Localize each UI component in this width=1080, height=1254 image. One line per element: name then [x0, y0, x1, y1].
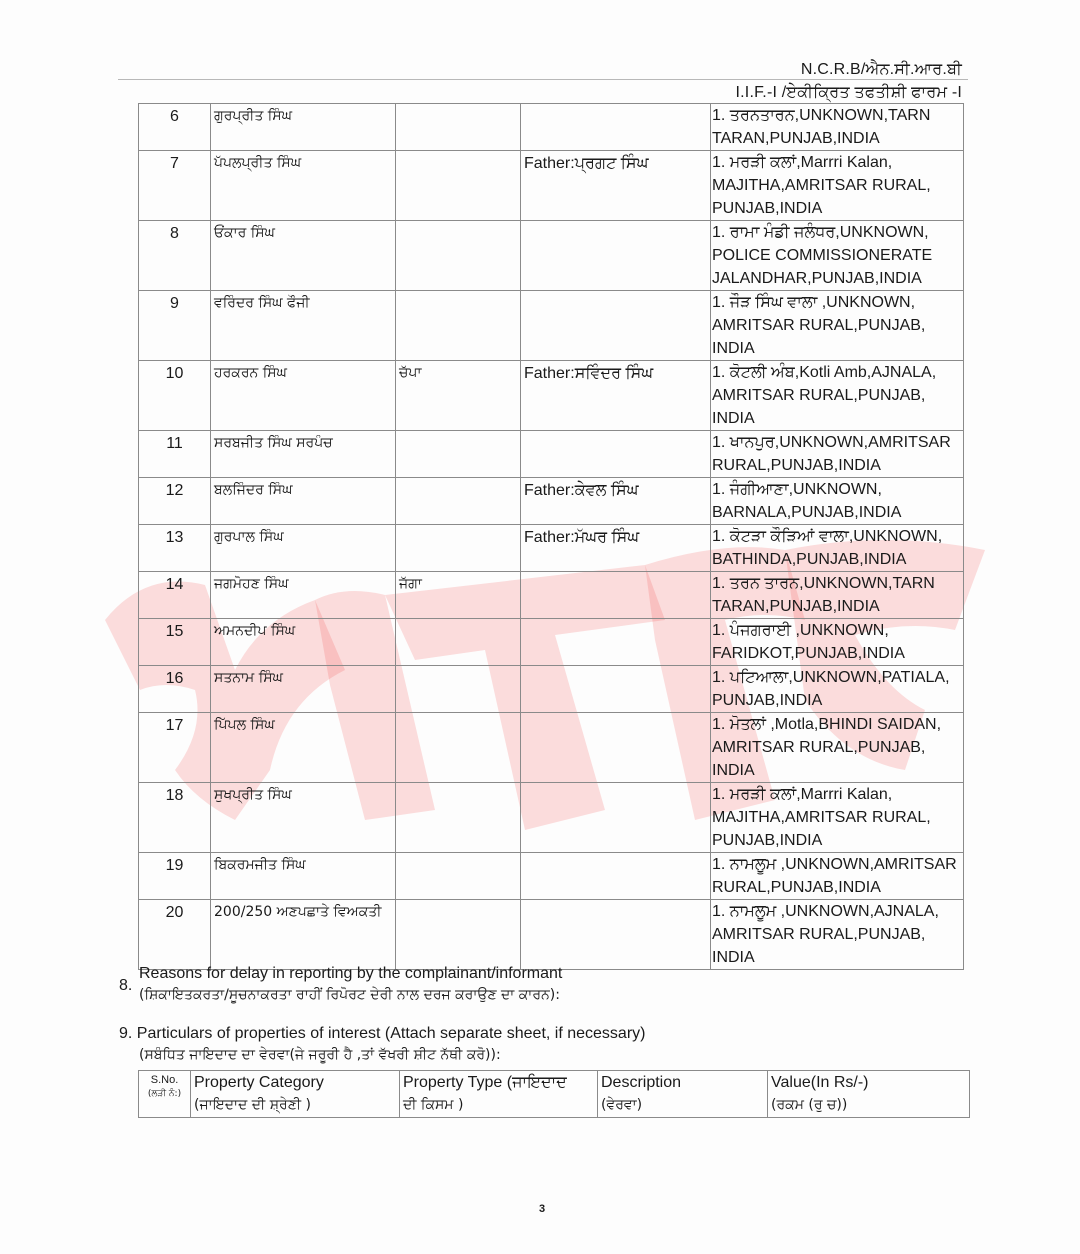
- col-category-en: Property Category: [194, 1074, 324, 1091]
- address-line: 1. ਰਾਮਾ ਮੰਡੀ ਜਲੰਧਰ,UNKNOWN,: [712, 221, 963, 244]
- section-8-title: Reasons for delay in reporting by the co…: [139, 965, 562, 983]
- address-line: INDIA: [712, 759, 963, 782]
- table-row: 9ਵਰਿੰਦਰ ਸਿੰਘ ਫੌਜੀ1. ਜੌੜ ਸਿੰਘ ਵਾਲਾ ,UNKNO…: [139, 291, 964, 361]
- accused-alias: [396, 666, 521, 713]
- address-line: AMRITSAR RURAL,PUNJAB,: [712, 923, 963, 946]
- address-line: BATHINDA,PUNJAB,INDIA: [712, 548, 963, 571]
- serial-number: 11: [139, 431, 211, 478]
- accused-alias: [396, 221, 521, 291]
- header-divider: [118, 79, 968, 80]
- address-line: 1. ਜੰਗੀਆਣਾ,UNKNOWN,: [712, 478, 963, 501]
- accused-name: ਪਿੱਪਲ ਸਿੰਘ: [211, 713, 396, 783]
- accused-relative: [521, 291, 711, 361]
- accused-alias: [396, 783, 521, 853]
- accused-relative: [521, 221, 711, 291]
- address-line: 1. ਕੋਟਲੀ ਅੰਬ,Kotli Amb,AJNALA,: [712, 361, 963, 384]
- address-line: RURAL,PUNJAB,INDIA: [712, 876, 963, 899]
- accused-name: ਸਤਨਾਮ ਸਿੰਘ: [211, 666, 396, 713]
- address-line: AMRITSAR RURAL,PUNJAB,: [712, 384, 963, 407]
- serial-number: 16: [139, 666, 211, 713]
- col-value-pa: (ਰਕਮ (ਰੁ ਚ)): [771, 1097, 847, 1113]
- accused-relative: Father:ਮੱਘਰ ਸਿੰਘ: [521, 525, 711, 572]
- accused-name: ਗੁਰਪਾਲ ਸਿੰਘ: [211, 525, 396, 572]
- table-row: 6ਗੁਰਪ੍ਰੀਤ ਸਿੰਘ1. ਤਰਨਤਾਰਨ,UNKNOWN,TARNTAR…: [139, 104, 964, 151]
- accused-table: 6ਗੁਰਪ੍ਰੀਤ ਸਿੰਘ1. ਤਰਨਤਾਰਨ,UNKNOWN,TARNTAR…: [138, 103, 964, 970]
- serial-number: 19: [139, 853, 211, 900]
- section-8-title-punjabi: (ਸ਼ਿਕਾਇਤਕਰਤਾ/ਸੂਚਨਾਕਰਤਾ ਰਾਹੀਂ ਰਿਪੋਰਟ ਦੇਰੀ…: [139, 987, 560, 1003]
- accused-address: 1. ਰਾਮਾ ਮੰਡੀ ਜਲੰਧਰ,UNKNOWN,POLICE COMMIS…: [711, 221, 964, 291]
- address-line: PUNJAB,INDIA: [712, 689, 963, 712]
- table-row: 12ਬਲਜਿੰਦਰ ਸਿੰਘFather:ਕੇਵਲ ਸਿੰਘ1. ਜੰਗੀਆਣਾ…: [139, 478, 964, 525]
- table-row: 17ਪਿੱਪਲ ਸਿੰਘ1. ਮੋਤਲਾਂ ,Motla,BHINDI SAID…: [139, 713, 964, 783]
- table-row: 13ਗੁਰਪਾਲ ਸਿੰਘFather:ਮੱਘਰ ਸਿੰਘ1. ਕੋਟੜਾ ਕੌ…: [139, 525, 964, 572]
- serial-number: 15: [139, 619, 211, 666]
- table-row: 8ਓਂਕਾਰ ਸਿੰਘ1. ਰਾਮਾ ਮੰਡੀ ਜਲੰਧਰ,UNKNOWN,PO…: [139, 221, 964, 291]
- accused-name: ਗੁਰਪ੍ਰੀਤ ਸਿੰਘ: [211, 104, 396, 151]
- address-line: MAJITHA,AMRITSAR RURAL,: [712, 174, 963, 197]
- serial-number: 12: [139, 478, 211, 525]
- property-table: S.No. (ਲੜੀ ਨੰ:) Property Category (ਜਾਇਦਾ…: [138, 1070, 970, 1118]
- accused-relative: [521, 104, 711, 151]
- address-line: BARNALA,PUNJAB,INDIA: [712, 501, 963, 524]
- accused-alias: [396, 713, 521, 783]
- accused-address: 1. ਮਰੜੀ ਕਲਾਂ,Marrri Kalan,MAJITHA,AMRITS…: [711, 151, 964, 221]
- address-line: POLICE COMMISSIONERATE: [712, 244, 963, 267]
- address-line: 1. ਕੋਟੜਾ ਕੌੜਿਆਂ ਵਾਲਾ,UNKNOWN,: [712, 525, 963, 548]
- serial-number: 6: [139, 104, 211, 151]
- form-title: I.I.F.-I /ਏਕੀਕ੍ਰਿਤ ਤਫਤੀਸ਼ੀ ਫਾਰਮ -I: [736, 84, 962, 102]
- col-property-category: Property Category (ਜਾਇਦਾਦ ਦੀ ਸ਼੍ਰੇਣੀ ): [191, 1071, 400, 1118]
- accused-address: 1. ਮੋਤਲਾਂ ,Motla,BHINDI SAIDAN,AMRITSAR …: [711, 713, 964, 783]
- accused-alias: [396, 900, 521, 970]
- page-number: 3: [539, 1203, 545, 1215]
- accused-relative: Father:ਕੇਵਲ ਸਿੰਘ: [521, 478, 711, 525]
- table-row: 11ਸਰਬਜੀਤ ਸਿੰਘ ਸਰਪੰਚ1. ਖਾਨਪੁਰ,UNKNOWN,AMR…: [139, 431, 964, 478]
- address-line: 1. ਮਰੜੀ ਕਲਾਂ,Marrri Kalan,: [712, 151, 963, 174]
- serial-number: 14: [139, 572, 211, 619]
- serial-number: 18: [139, 783, 211, 853]
- address-line: RURAL,PUNJAB,INDIA: [712, 454, 963, 477]
- address-line: FARIDKOT,PUNJAB,INDIA: [712, 642, 963, 665]
- address-line: 1. ਤਰਨ ਤਾਰਨ,UNKNOWN,TARN: [712, 572, 963, 595]
- address-line: 1. ਪੰਜਗਰਾਈ ,UNKNOWN,: [712, 619, 963, 642]
- address-line: AMRITSAR RURAL,PUNJAB,: [712, 314, 963, 337]
- col-description: Description (ਵੇਰਵਾ): [598, 1071, 768, 1118]
- serial-number: 13: [139, 525, 211, 572]
- accused-address: 1. ਕੋਟੜਾ ਕੌੜਿਆਂ ਵਾਲਾ,UNKNOWN,BATHINDA,PU…: [711, 525, 964, 572]
- accused-address: 1. ਨਾਮਲੂਮ ,UNKNOWN,AMRITSARRURAL,PUNJAB,…: [711, 853, 964, 900]
- accused-alias: ਜੱਗਾ: [396, 572, 521, 619]
- accused-relative: [521, 713, 711, 783]
- accused-address: 1. ਜੌੜ ਸਿੰਘ ਵਾਲਾ ,UNKNOWN,AMRITSAR RURAL…: [711, 291, 964, 361]
- accused-alias: [396, 853, 521, 900]
- serial-number: 10: [139, 361, 211, 431]
- serial-number: 8: [139, 221, 211, 291]
- address-line: INDIA: [712, 337, 963, 360]
- accused-address: 1. ਪਟਿਆਲਾ,UNKNOWN,PATIALA,PUNJAB,INDIA: [711, 666, 964, 713]
- accused-alias: [396, 525, 521, 572]
- address-line: INDIA: [712, 946, 963, 969]
- col-description-en: Description: [601, 1074, 681, 1091]
- table-row: 19ਬਿਕਰਮਜੀਤ ਸਿੰਘ1. ਨਾਮਲੂਮ ,UNKNOWN,AMRITS…: [139, 853, 964, 900]
- accused-relative: [521, 853, 711, 900]
- serial-number: 17: [139, 713, 211, 783]
- col-value-en: Value(In Rs/-): [771, 1074, 869, 1091]
- accused-alias: [396, 104, 521, 151]
- accused-address: 1. ਮਰੜੀ ਕਲਾਂ,Marrri Kalan,MAJITHA,AMRITS…: [711, 783, 964, 853]
- address-line: 1. ਖਾਨਪੁਰ,UNKNOWN,AMRITSAR: [712, 431, 963, 454]
- accused-address: 1. ਨਾਮਲੂਮ ,UNKNOWN,AJNALA,AMRITSAR RURAL…: [711, 900, 964, 970]
- table-row: 14ਜਗਮੋਹਣ ਸਿੰਘਜੱਗਾ1. ਤਰਨ ਤਾਰਨ,UNKNOWN,TAR…: [139, 572, 964, 619]
- table-row: 18ਸੁਖਪ੍ਰੀਤ ਸਿੰਘ1. ਮਰੜੀ ਕਲਾਂ,Marrri Kalan…: [139, 783, 964, 853]
- address-line: MAJITHA,AMRITSAR RURAL,: [712, 806, 963, 829]
- address-line: 1. ਤਰਨਤਾਰਨ,UNKNOWN,TARN: [712, 104, 963, 127]
- accused-relative: [521, 431, 711, 478]
- address-line: 1. ਮੋਤਲਾਂ ,Motla,BHINDI SAIDAN,: [712, 713, 963, 736]
- accused-alias: [396, 619, 521, 666]
- table-row: 16ਸਤਨਾਮ ਸਿੰਘ1. ਪਟਿਆਲਾ,UNKNOWN,PATIALA,PU…: [139, 666, 964, 713]
- accused-name: 200/250 ਅਣਪਛਾਤੇ ਵਿਅਕਤੀ: [211, 900, 396, 970]
- accused-address: 1. ਤਰਨ ਤਾਰਨ,UNKNOWN,TARNTARAN,PUNJAB,IND…: [711, 572, 964, 619]
- accused-relative: [521, 572, 711, 619]
- accused-name: ਬਲਜਿੰਦਰ ਸਿੰਘ: [211, 478, 396, 525]
- table-row: 10ਹਰਕਰਨ ਸਿੰਘਚੱਪਾFather:ਸਵਿੰਦਰ ਸਿੰਘ1. ਕੋਟ…: [139, 361, 964, 431]
- accused-address: 1. ਕੋਟਲੀ ਅੰਬ,Kotli Amb,AJNALA,AMRITSAR R…: [711, 361, 964, 431]
- address-line: 1. ਜੌੜ ਸਿੰਘ ਵਾਲਾ ,UNKNOWN,: [712, 291, 963, 314]
- accused-address: 1. ਜੰਗੀਆਣਾ,UNKNOWN,BARNALA,PUNJAB,INDIA: [711, 478, 964, 525]
- accused-relative: [521, 900, 711, 970]
- accused-alias: [396, 151, 521, 221]
- section-8-number: 8.: [119, 977, 132, 995]
- accused-relative: [521, 666, 711, 713]
- section-9-title: 9. Particulars of properties of interest…: [119, 1025, 645, 1043]
- accused-alias: [396, 431, 521, 478]
- col-property-type: Property Type (ਜਾਇਦਾਦ ਦੀ ਕਿਸਮ ): [400, 1071, 598, 1118]
- address-line: PUNJAB,INDIA: [712, 197, 963, 220]
- accused-name: ਵਰਿੰਦਰ ਸਿੰਘ ਫੌਜੀ: [211, 291, 396, 361]
- address-line: PUNJAB,INDIA: [712, 829, 963, 852]
- serial-number: 9: [139, 291, 211, 361]
- accused-name: ਓਂਕਾਰ ਸਿੰਘ: [211, 221, 396, 291]
- col-value: Value(In Rs/-) (ਰਕਮ (ਰੁ ਚ)): [768, 1071, 970, 1118]
- ncrb-header: N.C.R.B/ਐਨ.ਸੀ.ਆਰ.ਬੀ: [801, 61, 962, 79]
- accused-relative: Father:ਸਵਿੰਦਰ ਸਿੰਘ: [521, 361, 711, 431]
- section-9-title-punjabi: (ਸਬੰਧਿਤ ਜਾਇਦਾਦ ਦਾ ਵੇਰਵਾ(ਜੇ ਜਰੂਰੀ ਹੈ ,ਤਾਂ…: [139, 1047, 501, 1063]
- accused-name: ਹਰਕਰਨ ਸਿੰਘ: [211, 361, 396, 431]
- accused-address: 1. ਖਾਨਪੁਰ,UNKNOWN,AMRITSARRURAL,PUNJAB,I…: [711, 431, 964, 478]
- accused-name: ਜਗਮੋਹਣ ਸਿੰਘ: [211, 572, 396, 619]
- address-line: 1. ਪਟਿਆਲਾ,UNKNOWN,PATIALA,: [712, 666, 963, 689]
- address-line: 1. ਨਾਮਲੂਮ ,UNKNOWN,AMRITSAR: [712, 853, 963, 876]
- accused-address: 1. ਤਰਨਤਾਰਨ,UNKNOWN,TARNTARAN,PUNJAB,INDI…: [711, 104, 964, 151]
- col-sno: S.No. (ਲੜੀ ਨੰ:): [139, 1071, 191, 1118]
- col-category-pa: (ਜਾਇਦਾਦ ਦੀ ਸ਼੍ਰੇਣੀ ): [194, 1097, 311, 1113]
- accused-name: ਸਰਬਜੀਤ ਸਿੰਘ ਸਰਪੰਚ: [211, 431, 396, 478]
- accused-relative: Father:ਪ੍ਰਗਟ ਸਿੰਘ: [521, 151, 711, 221]
- address-line: TARAN,PUNJAB,INDIA: [712, 595, 963, 618]
- accused-name: ਸੁਖਪ੍ਰੀਤ ਸਿੰਘ: [211, 783, 396, 853]
- accused-name: ਪੱਪਲਪ੍ਰੀਤ ਸਿੰਘ: [211, 151, 396, 221]
- accused-name: ਬਿਕਰਮਜੀਤ ਸਿੰਘ: [211, 853, 396, 900]
- address-line: 1. ਨਾਮਲੂਮ ,UNKNOWN,AJNALA,: [712, 900, 963, 923]
- accused-relative: [521, 783, 711, 853]
- accused-alias: [396, 291, 521, 361]
- serial-number: 20: [139, 900, 211, 970]
- col-type-pa: ਦੀ ਕਿਸਮ ): [403, 1097, 463, 1113]
- address-line: 1. ਮਰੜੀ ਕਲਾਂ,Marrri Kalan,: [712, 783, 963, 806]
- address-line: JALANDHAR,PUNJAB,INDIA: [712, 267, 963, 290]
- col-sno-en: S.No.: [151, 1074, 179, 1086]
- col-sno-pa: (ਲੜੀ ਨੰ:): [148, 1089, 181, 1099]
- accused-address: 1. ਪੰਜਗਰਾਈ ,UNKNOWN,FARIDKOT,PUNJAB,INDI…: [711, 619, 964, 666]
- accused-relative: [521, 619, 711, 666]
- table-row: 7ਪੱਪਲਪ੍ਰੀਤ ਸਿੰਘFather:ਪ੍ਰਗਟ ਸਿੰਘ1. ਮਰੜੀ …: [139, 151, 964, 221]
- table-row: 15ਅਮਨਦੀਪ ਸਿੰਘ1. ਪੰਜਗਰਾਈ ,UNKNOWN,FARIDKO…: [139, 619, 964, 666]
- accused-alias: ਚੱਪਾ: [396, 361, 521, 431]
- address-line: TARAN,PUNJAB,INDIA: [712, 127, 963, 150]
- col-type-en: Property Type (ਜਾਇਦਾਦ: [403, 1074, 567, 1091]
- serial-number: 7: [139, 151, 211, 221]
- address-line: INDIA: [712, 407, 963, 430]
- accused-alias: [396, 478, 521, 525]
- col-description-pa: (ਵੇਰਵਾ): [601, 1097, 642, 1113]
- property-table-header: S.No. (ਲੜੀ ਨੰ:) Property Category (ਜਾਇਦਾ…: [139, 1071, 970, 1118]
- table-row: 20200/250 ਅਣਪਛਾਤੇ ਵਿਅਕਤੀ1. ਨਾਮਲੂਮ ,UNKNO…: [139, 900, 964, 970]
- accused-name: ਅਮਨਦੀਪ ਸਿੰਘ: [211, 619, 396, 666]
- address-line: AMRITSAR RURAL,PUNJAB,: [712, 736, 963, 759]
